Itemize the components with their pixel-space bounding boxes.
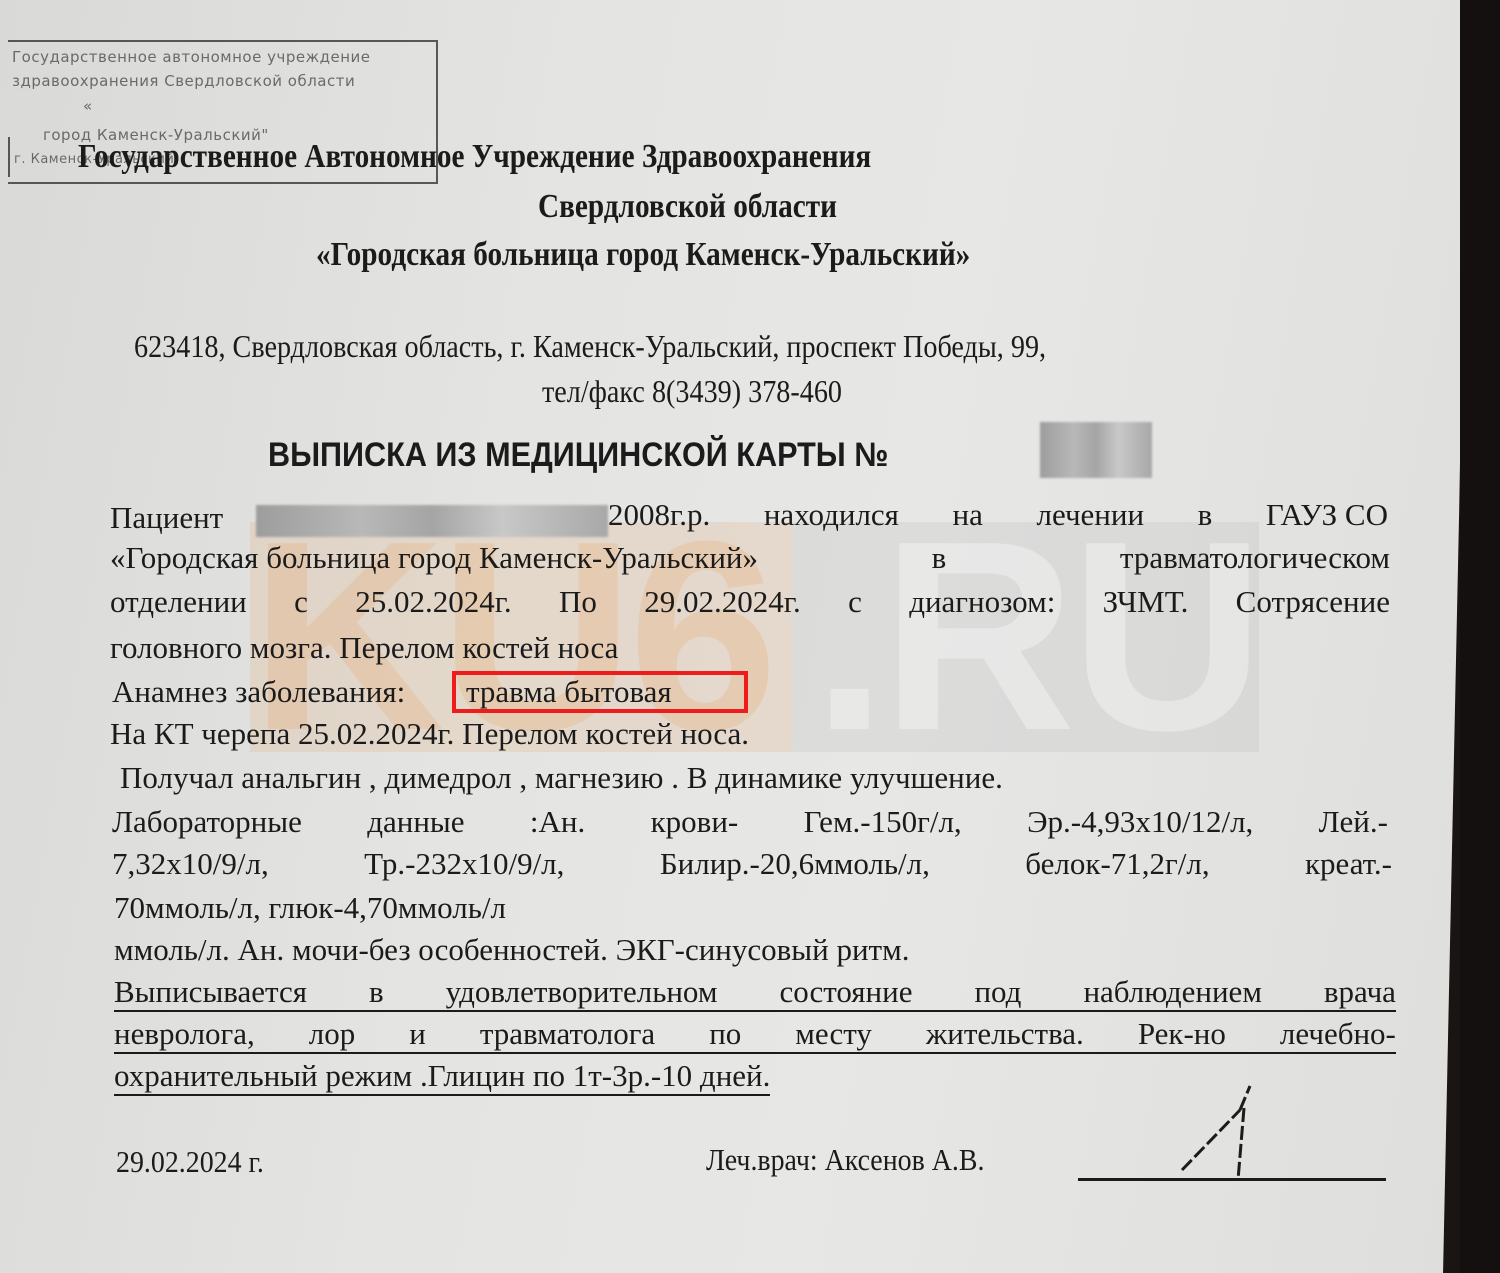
treatment-line: Получал анальгин , димедрол , магнезию .… <box>120 760 1003 796</box>
highlight-box <box>452 671 748 713</box>
lab-line: 7,32x10/9/л, Тр.-232x10/9/л, Билир.-20,6… <box>112 846 1392 882</box>
paragraph-line: отделении с 25.02.2024г. По 29.02.2024г.… <box>110 584 1390 620</box>
signature-icon <box>1170 1080 1270 1190</box>
header-line-3: «Городская больница город Каменск-Уральс… <box>316 236 970 274</box>
stamp-border <box>8 137 10 177</box>
lab-line: Лабораторные данные :Ан. крови- Гем.-150… <box>112 804 1388 840</box>
document-title: ВЫПИСКА ИЗ МЕДИЦИНСКОЙ КАРТЫ № <box>268 436 888 475</box>
address-line: 623418, Свердловская область, г. Каменск… <box>134 328 1046 365</box>
redacted-card-number <box>1040 422 1152 478</box>
anamnesis-label: Анамнез заболевания: <box>112 674 405 710</box>
phone-line: тел/факс 8(3439) 378-460 <box>542 373 842 410</box>
document-date: 29.02.2024 г. <box>116 1144 264 1180</box>
paragraph-line: «Городская больница город Каменск-Уральс… <box>110 540 1390 576</box>
stamp-line: здравоохранения Свердловской области <box>12 72 355 90</box>
attending-doctor: Леч.врач: Аксенов А.В. <box>706 1142 984 1178</box>
stamp-line: « <box>83 97 93 115</box>
background-edge <box>1460 0 1500 1273</box>
header-line-2: Свердловской области <box>538 188 837 226</box>
paragraph-line: 2008г.р. находился на лечении в ГАУЗ СО <box>608 497 1388 533</box>
discharge-line: Выписывается в удовлетворительном состоя… <box>114 974 1396 1012</box>
discharge-line: невролога, лор и травматолога по месту ж… <box>114 1016 1396 1054</box>
lab-line: ммоль/л. Ан. мочи-без особенностей. ЭКГ-… <box>114 932 909 968</box>
stamp-line: Государственное автономное учреждение <box>12 48 371 66</box>
patient-label: Пациент <box>110 500 223 536</box>
paragraph-line: головного мозга. Перелом костей носа <box>110 630 618 666</box>
header-line-1: Государственное Автономное Учреждение Зд… <box>78 138 871 176</box>
ct-line: На КТ черепа 25.02.2024г. Перелом костей… <box>110 716 749 752</box>
discharge-line: охранительный режим .Глицин по 1т-3р.-10… <box>114 1058 770 1096</box>
redacted-patient-name <box>256 505 608 537</box>
lab-line: 70ммоль/л, глюк-4,70ммоль/л <box>114 890 506 926</box>
